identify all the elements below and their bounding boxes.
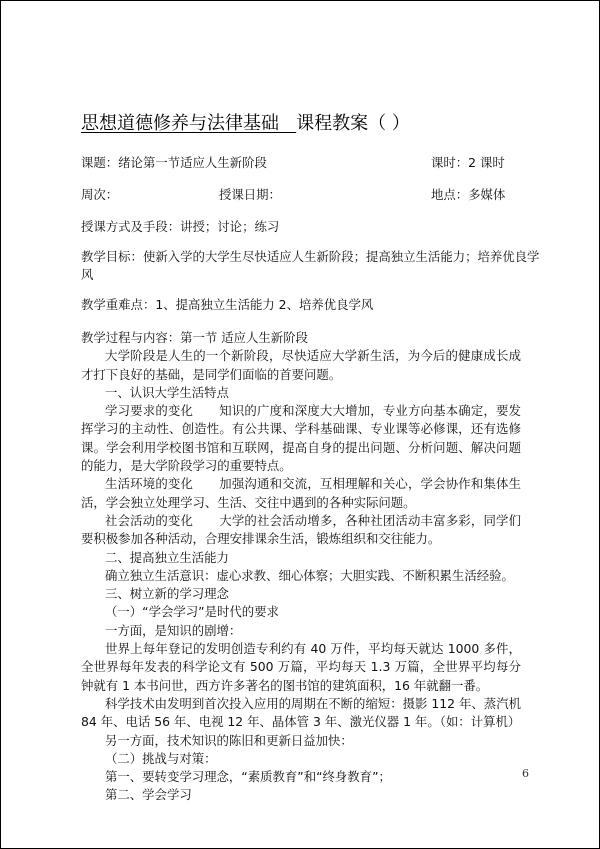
subsection-2-item-2: 第二、学会学习 [81,786,521,804]
subsection-1-aspect-1: 一方面，是知识的剧增： [81,622,521,640]
section-1-item-3: 社会活动的变化大学的社会活动增多，各种社团活动丰富多彩，同学们要积极参加各种活动… [81,512,521,549]
lesson-content: 教学过程与内容：第一节 适应人生新阶段 大学阶段是人生的一个新阶段，尽快适应大学… [81,329,521,805]
section-3-title: 三、树立新的学习理念 [81,585,521,603]
date-field: 授课日期： [219,187,281,203]
item-label: 学习要求的变化 [105,403,193,418]
teaching-goal-line1: 教学目标：使新入学的大学生尽快适应人生新阶段；提高独立生活能力；培养优良学 [81,249,539,265]
content-heading: 教学过程与内容：第一节 适应人生新阶段 [81,329,521,347]
subsection-1-aspect-2: 另一方面，技术知识的陈旧和更新日益加快： [81,732,521,750]
subsection-1-title: （一）“学会学习”是时代的要求 [81,603,521,621]
section-1-title: 一、认识大学生活特点 [81,384,521,402]
title-suffix: 课程教案（ ） [296,113,410,134]
document-page: 思想道德修养与法律基础 课程教案（ ） 课题：绪论第一节适应人生新阶段 课时：2… [0,0,600,849]
lesson-hours: 课时：2 课时 [431,155,505,171]
week-field: 周次： [81,187,118,203]
subsection-2-title: （二）挑战与对策： [81,750,521,768]
title-underline-spacer [279,113,296,134]
place-field: 地点：多媒体 [431,187,505,203]
subsection-1-paragraph-2: 科学技术由发明到首次投入应用的周期在不断的缩短：摄影 112 年、蒸汽机 84 … [81,695,521,732]
section-1-item-2: 生活环境的变化加强沟通和交流，互相理解和关心，学会协作和集体生活，学会独立处理学… [81,475,521,512]
course-name: 思想道德修养与法律基础 [81,113,279,134]
subsection-1-paragraph-1: 世界上每年登记的发明创造专利约有 40 万件，平均每天就达 1000 多件，全世… [81,640,521,695]
page-title: 思想道德修养与法律基础 课程教案（ ） [81,113,410,135]
intro-paragraph: 大学阶段是人生的一个新阶段，尽快适应大学新生活，为今后的健康成长成才打下良好的基… [81,347,521,384]
section-1-item-1: 学习要求的变化知识的广度和深度大大增加，专业方向基本确定，要发挥学习的主动性、创… [81,402,521,475]
section-2-title: 二、提高独立生活能力 [81,549,521,567]
lesson-topic: 课题：绪论第一节适应人生新阶段 [81,155,267,171]
section-2-text: 确立独立生活意识：虚心求教、细心体察；大胆实践、不断积累生活经验。 [81,567,521,585]
teaching-goal-line2: 风 [81,267,93,283]
item-label: 生活环境的变化 [105,476,193,491]
key-points: 教学重难点：1、提高独立生活能力 2、培养优良学风 [81,297,373,313]
subsection-2-item-1: 第一、要转变学习理念，“素质教育”和“终身教育”； [81,768,521,786]
item-label: 社会活动的变化 [105,513,193,528]
teaching-method: 授课方式及手段：讲授；讨论；练习 [81,219,279,235]
page-number: 6 [522,767,529,780]
